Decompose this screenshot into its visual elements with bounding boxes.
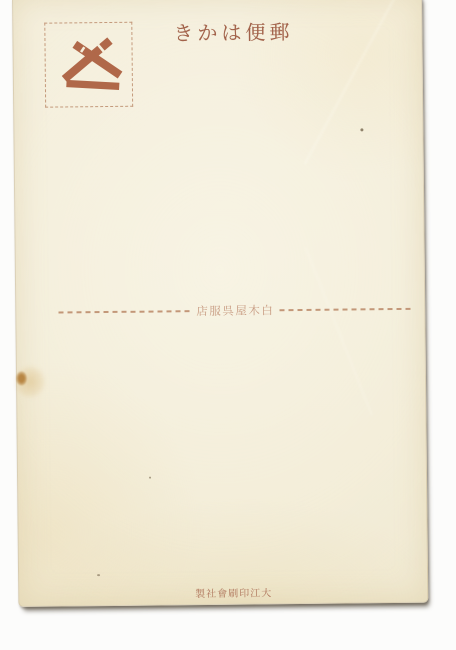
crease-line	[304, 0, 396, 164]
divider-label: 店服呉屋木白	[191, 302, 279, 319]
divider-dash-left	[58, 310, 191, 313]
foxing-speck	[149, 477, 151, 479]
address-divider: 店服呉屋木白	[58, 300, 412, 322]
divider-dash-right	[279, 308, 412, 311]
foxing-speck	[360, 128, 363, 131]
printer-credit: 製社會刷印江大	[195, 584, 272, 600]
stamp-box	[44, 22, 133, 108]
postcard-heading: きかは便郵	[173, 22, 293, 45]
foxing-speck	[97, 574, 100, 576]
scan-background: きかは便郵 店服呉屋木白 製社會刷印江大	[0, 0, 456, 650]
crease-line	[305, 248, 373, 416]
stain-spot	[15, 370, 28, 387]
merchant-mark-icon	[45, 23, 132, 107]
postcard: きかは便郵 店服呉屋木白 製社會刷印江大	[12, 0, 428, 607]
